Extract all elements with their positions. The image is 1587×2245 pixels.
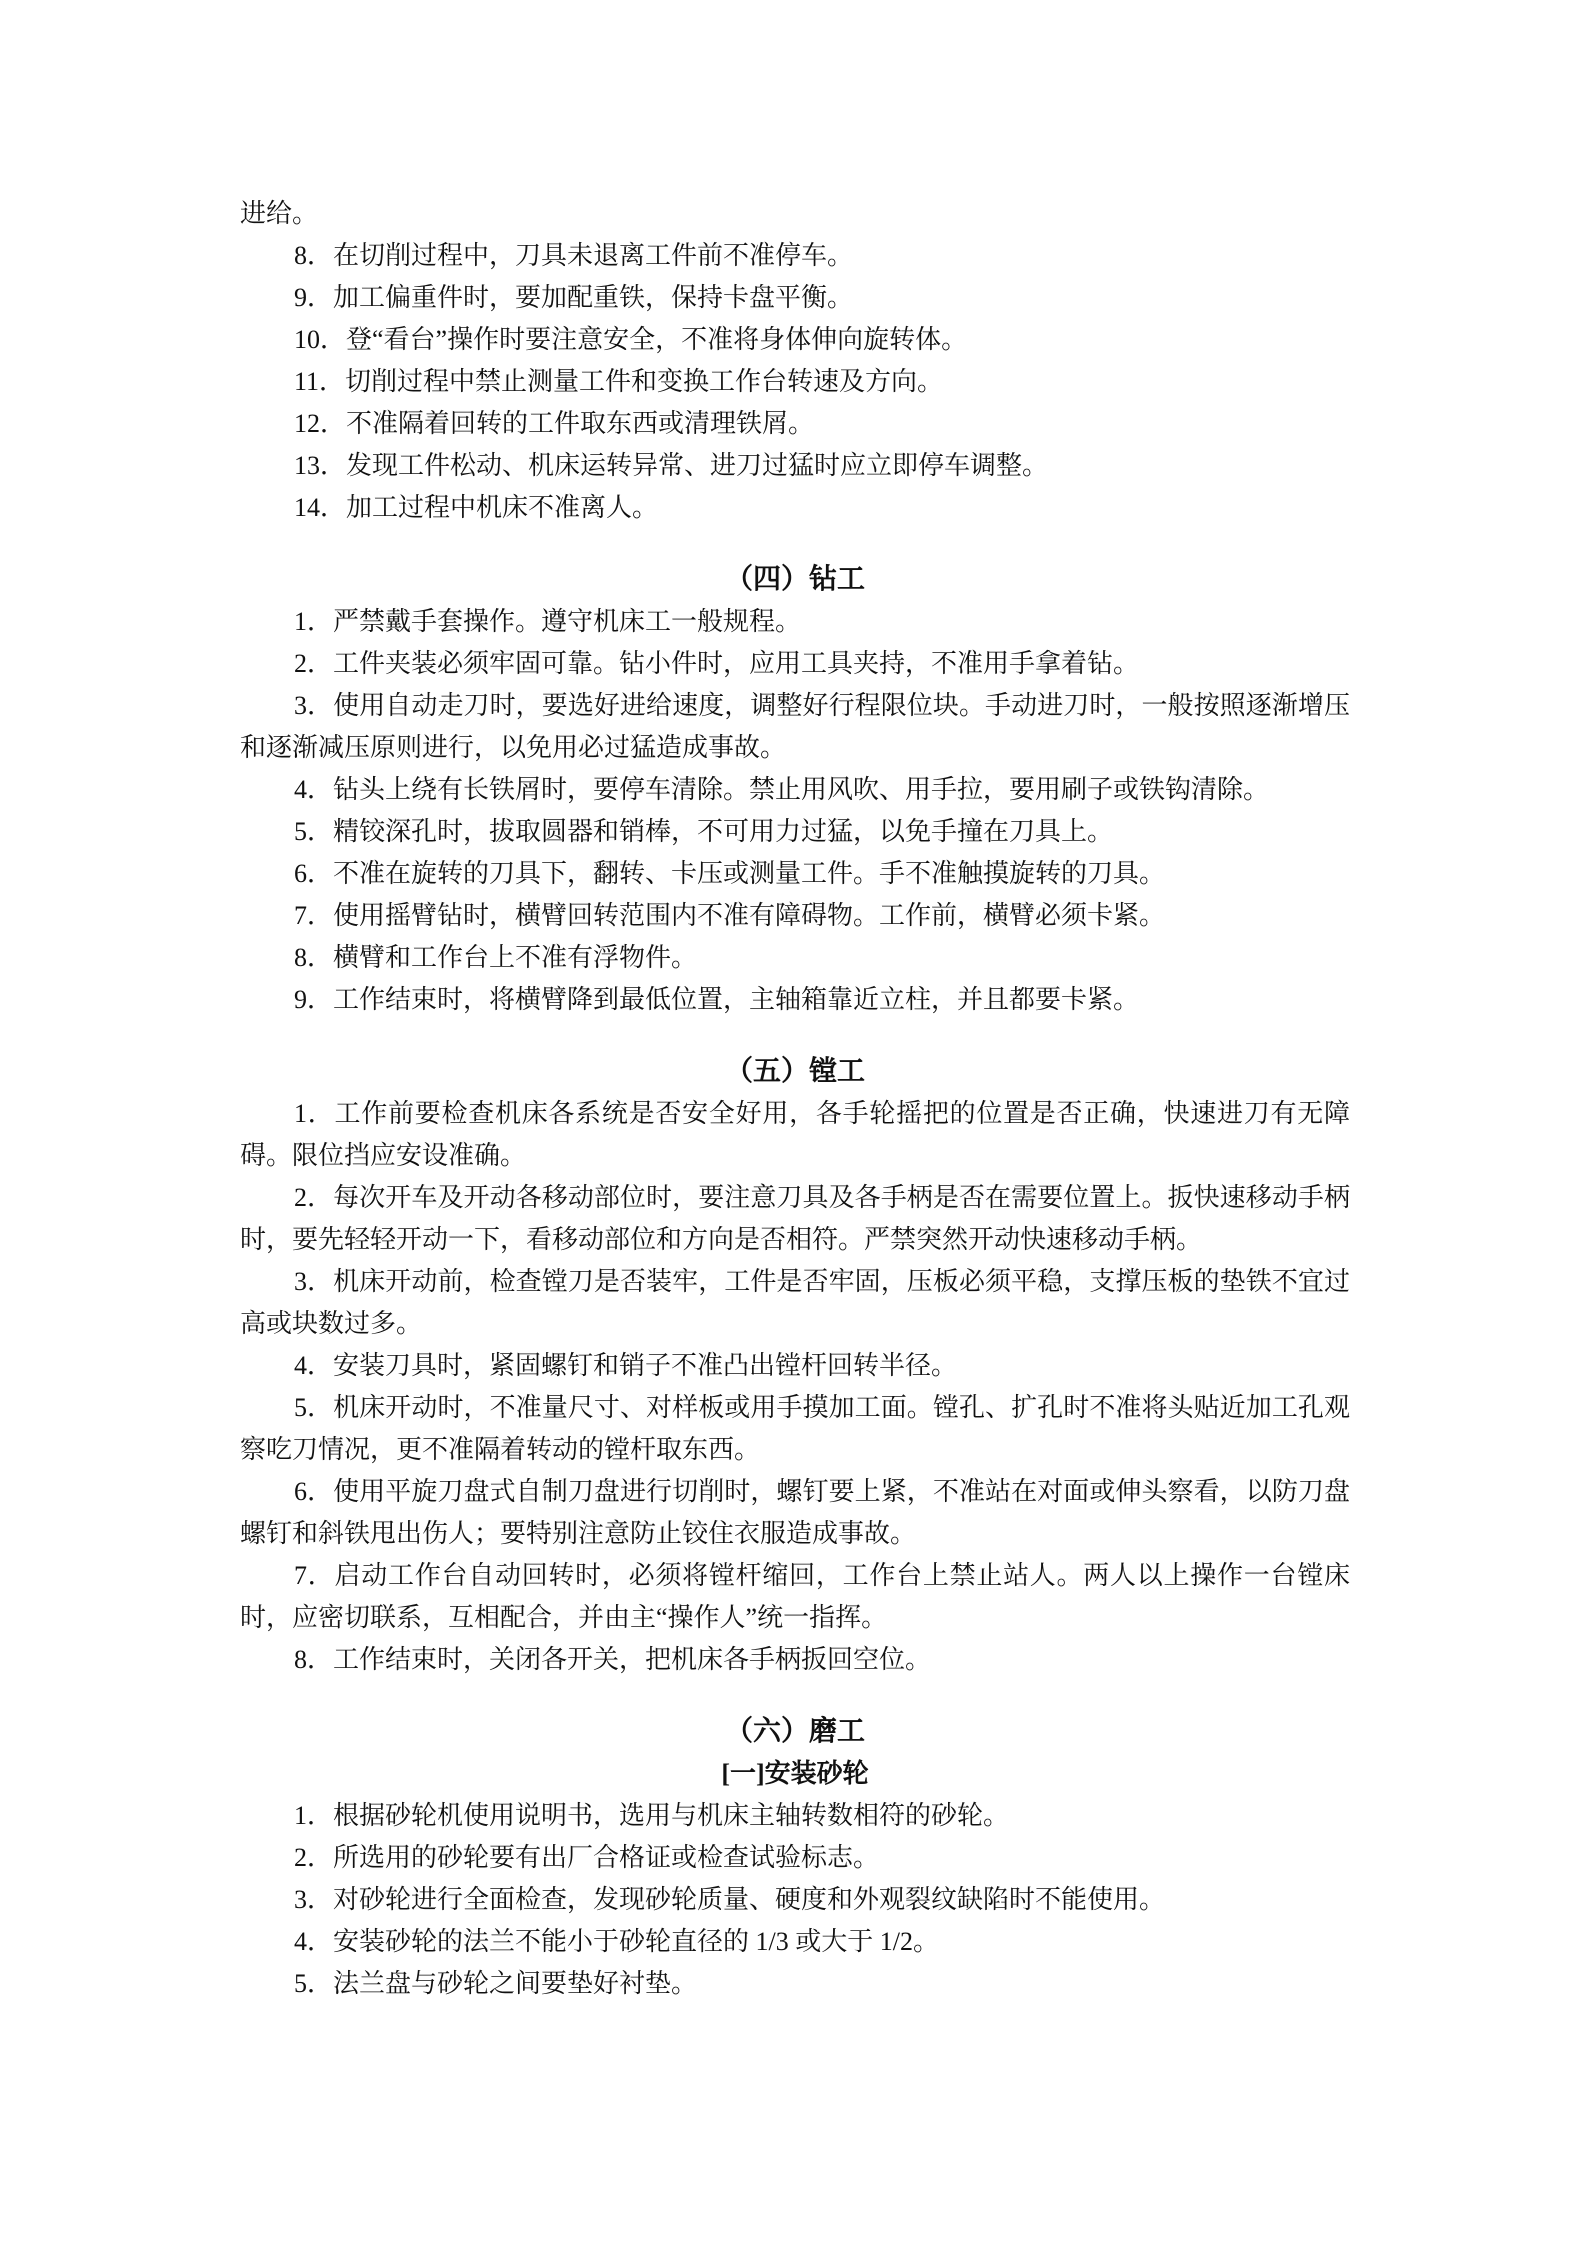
list-item: 8．横臂和工作台上不准有浮物件。 — [240, 937, 1350, 979]
list-item: 2．所选用的砂轮要有出厂合格证或检查试验标志。 — [240, 1837, 1350, 1879]
section-title: （五）镗工 — [240, 1051, 1350, 1093]
list-item: 7．启动工作台自动回转时，必须将镗杆缩回，工作台上禁止站人。两人以上操作一台镗床… — [240, 1555, 1350, 1639]
list-item: 1．根据砂轮机使用说明书，选用与机床主轴转数相符的砂轮。 — [240, 1795, 1350, 1837]
continuation-text: 进给。 — [240, 193, 1350, 235]
list-item: 2．工件夹装必须牢固可靠。钻小件时，应用工具夹持，不准用手拿着钻。 — [240, 643, 1350, 685]
subsection-title: [一]安装砂轮 — [240, 1753, 1350, 1795]
list-item: 5．法兰盘与砂轮之间要垫好衬垫。 — [240, 1963, 1350, 2005]
list-item: 1．工作前要检查机床各系统是否安全好用，各手轮摇把的位置是否正确，快速进刀有无障… — [240, 1093, 1350, 1177]
list-item: 13．发现工件松动、机床运转异常、进刀过猛时应立即停车调整。 — [240, 445, 1350, 487]
list-item: 1．严禁戴手套操作。遵守机床工一般规程。 — [240, 601, 1350, 643]
list-item: 3．对砂轮进行全面检查，发现砂轮质量、硬度和外观裂纹缺陷时不能使用。 — [240, 1879, 1350, 1921]
section-grinding: （六）磨工 [一]安装砂轮 1．根据砂轮机使用说明书，选用与机床主轴转数相符的砂… — [240, 1711, 1350, 2005]
list-item: 5．精铰深孔时，拔取圆器和销棒，不可用力过猛，以免手撞在刀具上。 — [240, 811, 1350, 853]
list-item: 10．登“看台”操作时要注意安全，不准将身体伸向旋转体。 — [240, 319, 1350, 361]
list-item: 9．加工偏重件时，要加配重铁，保持卡盘平衡。 — [240, 277, 1350, 319]
list-item: 5．机床开动时，不准量尺寸、对样板或用手摸加工面。镗孔、扩孔时不准将头贴近加工孔… — [240, 1387, 1350, 1471]
section-boring: （五）镗工 1．工作前要检查机床各系统是否安全好用，各手轮摇把的位置是否正确，快… — [240, 1051, 1350, 1681]
list-item: 6．不准在旋转的刀具下，翻转、卡压或测量工件。手不准触摸旋转的刀具。 — [240, 853, 1350, 895]
section-spacer — [240, 1681, 1350, 1711]
list-item: 9．工作结束时，将横臂降到最低位置，主轴箱靠近立柱，并且都要卡紧。 — [240, 979, 1350, 1021]
section-drilling: （四）钻工 1．严禁戴手套操作。遵守机床工一般规程。 2．工件夹装必须牢固可靠。… — [240, 559, 1350, 1021]
list-item: 4．钻头上绕有长铁屑时，要停车清除。禁止用风吹、用手拉，要用刷子或铁钩清除。 — [240, 769, 1350, 811]
list-item: 14．加工过程中机床不准离人。 — [240, 487, 1350, 529]
section-title: （六）磨工 — [240, 1711, 1350, 1753]
section-spacer — [240, 1021, 1350, 1051]
list-item: 3．机床开动前，检查镗刀是否装牢，工件是否牢固，压板必须平稳，支撑压板的垫铁不宜… — [240, 1261, 1350, 1345]
list-item: 3．使用自动走刀时，要选好进给速度，调整好行程限位块。手动进刀时，一般按照逐渐增… — [240, 685, 1350, 769]
list-item: 8．在切削过程中，刀具未退离工件前不准停车。 — [240, 235, 1350, 277]
list-item: 7．使用摇臂钻时，横臂回转范围内不准有障碍物。工作前，横臂必须卡紧。 — [240, 895, 1350, 937]
list-item: 8．工作结束时，关闭各开关，把机床各手柄扳回空位。 — [240, 1639, 1350, 1681]
list-item: 2．每次开车及开动各移动部位时，要注意刀具及各手柄是否在需要位置上。扳快速移动手… — [240, 1177, 1350, 1261]
document-page: 进给。 8．在切削过程中，刀具未退离工件前不准停车。 9．加工偏重件时，要加配重… — [240, 193, 1350, 2005]
list-item: 11．切削过程中禁止测量工件和变换工作台转速及方向。 — [240, 361, 1350, 403]
list-item: 4．安装刀具时，紧固螺钉和销子不准凸出镗杆回转半径。 — [240, 1345, 1350, 1387]
section-title: （四）钻工 — [240, 559, 1350, 601]
section-spacer — [240, 529, 1350, 559]
list-item: 4．安装砂轮的法兰不能小于砂轮直径的 1/3 或大于 1/2。 — [240, 1921, 1350, 1963]
list-item: 12．不准隔着回转的工件取东西或清理铁屑。 — [240, 403, 1350, 445]
section-3-tail: 8．在切削过程中，刀具未退离工件前不准停车。 9．加工偏重件时，要加配重铁，保持… — [240, 235, 1350, 529]
list-item: 6．使用平旋刀盘式自制刀盘进行切削时，螺钉要上紧，不准站在对面或伸头察看，以防刀… — [240, 1471, 1350, 1555]
